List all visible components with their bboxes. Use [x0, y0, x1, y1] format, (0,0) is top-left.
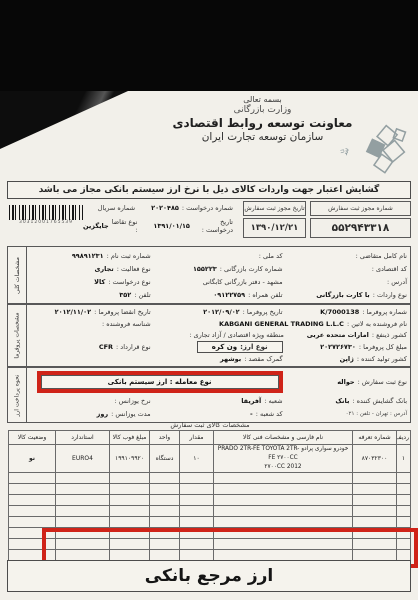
empty-cell — [56, 506, 110, 517]
empty-cell — [56, 517, 110, 528]
address-value: مشهد - دفتر بازرگانی کابگانی — [151, 278, 283, 286]
phone-number: تلفن : ۳۵۲ — [30, 291, 151, 299]
goods-unit: دستگاه — [150, 445, 180, 473]
empty-row — [9, 495, 411, 506]
empty-cell — [110, 473, 150, 484]
permit-date-label: تاریخ مجوز ثبت سفارش — [243, 201, 306, 216]
destination-customs: گمرک مقصد : بوشهر — [151, 355, 283, 363]
empty-cell — [397, 506, 411, 517]
section-proforma: شماره پروفرما : K/7000138 تاریخ پروفرما … — [7, 304, 411, 367]
highlight-box-deal-type: نوع معامله : ارز سیستم بانکی — [37, 371, 283, 393]
scanned-document: بسمه تعالی وزارت بازرگانی معاونت توسعه ر… — [0, 0, 418, 600]
empty-cell — [110, 484, 150, 495]
proforma-row-1: شماره پروفرما : K/7000138 تاریخ پروفرما … — [30, 307, 407, 318]
request-number: شماره درخواست : ۲۰۲۰۴۸۵ — [151, 204, 233, 212]
empty-cell — [110, 506, 150, 517]
col-condition: وضعیت کالا — [9, 431, 56, 445]
empty-row — [9, 550, 411, 561]
reference-currency-banner: ارز مرجع بانکی — [7, 560, 411, 592]
bank-branch: شعبه : آفریقا — [151, 397, 283, 405]
goods-row-number: ۱ — [397, 445, 411, 473]
empty-cell — [56, 539, 110, 550]
currency-type-box: نوع ارز: ون کره — [197, 341, 283, 353]
empty-cell — [214, 473, 353, 484]
empty-cell — [9, 484, 56, 495]
business-card-number: شماره کارت بازرگانی : ۱۵۵۲۲۳ — [151, 265, 283, 273]
payment-row-3: آدرس : تهران - تلفن : ۰۲۱ کد شعبه : - مد… — [30, 408, 407, 419]
proforma-row-4: مبلغ کل پروفرما : ۲۰۲۷۲۶۷۳۰ نوع ارز: ون … — [30, 341, 407, 353]
proforma-content: شماره پروفرما : K/7000138 تاریخ پروفرما … — [27, 305, 410, 366]
empty-cell — [353, 506, 397, 517]
empty-cell — [9, 539, 56, 550]
empty-cell — [214, 539, 353, 550]
empty-cell — [110, 528, 150, 539]
seal-logo-diamonds — [367, 126, 406, 173]
order-permit-date-box: تاریخ مجوز ثبت سفارش ۱۳۹۰/۱۲/۲۱ — [243, 201, 306, 243]
credit-permission-title: گشایش اعتبار جهت واردات کالای ذیل با نرخ… — [7, 181, 411, 199]
economic-code-label: کد اقتصادی : — [283, 265, 407, 273]
empty-cell — [180, 539, 214, 550]
empty-cell — [56, 484, 110, 495]
empty-cell — [110, 550, 150, 561]
col-standard: استاندارد — [56, 431, 110, 445]
empty-cell — [214, 506, 353, 517]
empty-cell — [180, 550, 214, 561]
goods-header-row: ردیف شماره تعرفه نام فارسی و مشخصات فنی … — [9, 431, 411, 445]
barcode-block: 30312001765539 — [9, 204, 83, 243]
empty-cell — [150, 539, 180, 550]
beneficiary-country: کشور ذینفع : امارات متحده عربی — [284, 331, 407, 339]
proforma-row-3: کشور ذینفع : امارات متحده عربی منطقه ویژ… — [30, 330, 407, 341]
proforma-total-amount: مبلغ کل پروفرما : ۲۰۲۷۲۶۷۳۰ — [283, 343, 407, 351]
empty-cell — [150, 473, 180, 484]
activity-type: نوع فعالیت : تجاری — [30, 265, 151, 273]
goods-description: خودرو سواری پرادو PRADO 2TR-FE TOYOTA 2T… — [214, 445, 353, 473]
goods-standard: EURO4 — [56, 445, 110, 473]
serial-number-label: شماره سریال — [98, 204, 135, 212]
general-row-1: نام کامل متقاضی : کد ملی : شماره ثبت نام… — [30, 250, 407, 261]
empty-cell — [9, 473, 56, 484]
seal-english-arc: Trade Promotion Organization of Iran — [331, 96, 347, 154]
producer-country: کشور تولید کننده : ژاپن — [283, 355, 407, 363]
permit-strip: شماره مجوز ثبت سفارش ۵۵۲۹۴۳۳۱۸ تاریخ مجو… — [9, 201, 411, 243]
empty-cell — [353, 517, 397, 528]
empty-cell — [56, 550, 110, 561]
contract-type: نوع قرارداد : CFR — [30, 343, 151, 351]
empty-cell — [397, 484, 411, 495]
empty-cell — [110, 539, 150, 550]
empty-cell — [110, 495, 150, 506]
proforma-date: تاریخ پروفرما : ۲۰۱۲/۰۹/۰۲ — [151, 308, 283, 316]
request-info-block: شماره درخواست : ۲۰۲۰۴۸۵ شماره سریال تاری… — [9, 201, 239, 243]
goods-table-title: مشخصات کالای ثبت سفارش — [9, 421, 411, 429]
request-kind: نوع درخواست : کالا — [30, 278, 151, 286]
request-type: نوع تقاضا : جایگزین — [83, 218, 137, 234]
empty-cell — [353, 550, 397, 561]
empty-cell — [150, 528, 180, 539]
empty-cell — [180, 517, 214, 528]
empty-cell — [397, 517, 411, 528]
address-label: آدرس : — [283, 278, 407, 286]
col-fob-amount: مبلغ فوب کالا — [110, 431, 150, 445]
goods-data-row: ۱ ۸۷۰۳۲۳۰۰ خودرو سواری پرادو PRADO 2TR-F… — [9, 445, 411, 473]
empty-cell — [214, 528, 353, 539]
usance-period: مدت یوزانس : روز — [30, 410, 151, 418]
seller-latin-name: نام فروشنده به لاتین : KABGANI GENERAL T… — [151, 320, 407, 328]
empty-cell — [9, 506, 56, 517]
goods-fob-amount: ۱۹۹۱۰۹۹۲۰ — [110, 445, 150, 473]
payment-section-label: نحوه پرداخت ارز — [8, 368, 27, 422]
proforma-number: شماره پروفرما : K/7000138 — [283, 308, 407, 316]
free-zone-label: منطقه ویژه اقتصادی / آزاد تجاری : — [30, 331, 284, 339]
empty-row — [9, 517, 411, 528]
general-row-2: کد اقتصادی : شماره کارت بازرگانی : ۱۵۵۲۲… — [30, 263, 407, 274]
goods-table: ردیف شماره تعرفه نام فارسی و مشخصات فنی … — [8, 430, 411, 561]
empty-cell — [353, 495, 397, 506]
branch-code: کد شعبه : - — [151, 410, 283, 418]
section-payment: نوع ثبت سفارش : حواله نوع معامله : ارز س… — [7, 367, 411, 423]
empty-cell — [397, 528, 411, 539]
seller-id-label: شناسه فروشنده : — [30, 320, 151, 328]
proforma-section-label: مشخصات پروفرما — [8, 305, 27, 366]
request-line-2: تاریخ درخواست : ۱۳۹۱/۰۱/۱۵ نوع تقاضا : ج… — [83, 218, 233, 234]
empty-cell — [353, 473, 397, 484]
request-date: تاریخ درخواست : ۱۳۹۱/۰۱/۱۵ — [153, 218, 233, 234]
empty-cell — [353, 528, 397, 539]
proforma-expiry-date: تاریخ انقضا پروفرما : ۲۰۱۲/۱۱/۰۲ — [30, 308, 151, 316]
barcode-number: 30312001765539 — [9, 220, 83, 225]
opening-bank: بانک گشایش کننده : بانک — [283, 397, 407, 405]
request-lines: شماره درخواست : ۲۰۲۰۴۸۵ شماره سریال تاری… — [83, 204, 239, 243]
proforma-row-2: نام فروشنده به لاتین : KABGANI GENERAL T… — [30, 318, 407, 329]
seal-persian-arc: سازمان توسعه تجارت ایران — [331, 96, 352, 157]
col-quantity: مقدار — [180, 431, 214, 445]
permit-number-label: شماره مجوز ثبت سفارش — [310, 201, 411, 216]
empty-cell — [397, 539, 411, 550]
goods-tariff-number: ۸۷۰۳۲۳۰۰ — [353, 445, 397, 473]
empty-cell — [353, 539, 397, 550]
general-info-content: نام کامل متقاضی : کد ملی : شماره ثبت نام… — [27, 247, 410, 303]
empty-cell — [180, 506, 214, 517]
empty-cell — [9, 517, 56, 528]
scan-corner-artifact — [0, 91, 128, 149]
col-row-number: ردیف — [397, 431, 411, 445]
general-section-label: مشخصات کلی — [8, 247, 27, 303]
request-line-1: شماره درخواست : ۲۰۲۰۴۸۵ شماره سریال — [83, 204, 233, 212]
col-goods-name: نام فارسی و مشخصات فنی کالا — [214, 431, 353, 445]
deal-type-value: نوع معامله : ارز سیستم بانکی — [41, 375, 279, 389]
empty-row — [9, 484, 411, 495]
empty-cell — [214, 550, 353, 561]
registration-number: شماره ثبت نام : ۹۹۸۹۱۲۳۱ — [30, 252, 151, 260]
empty-cell — [180, 528, 214, 539]
import-type: نوع واردات : با کارت بازرگانی — [283, 291, 407, 299]
empty-cell — [150, 550, 180, 561]
currency-type-box-wrap: نوع ارز: ون کره — [151, 341, 283, 353]
empty-cell — [397, 550, 411, 561]
order-permit-number-box: شماره مجوز ثبت سفارش ۵۵۲۹۴۳۳۱۸ — [310, 201, 411, 243]
general-row-4: نوع واردات : با کارت بازرگانی تلفن همراه… — [30, 289, 407, 300]
barcode — [9, 205, 83, 220]
permit-date-value: ۱۳۹۰/۱۲/۲۱ — [243, 218, 306, 238]
order-registration-type: نوع ثبت سفارش : حواله — [283, 378, 407, 386]
empty-cell — [9, 495, 56, 506]
proforma-row-5: کشور تولید کننده : ژاپن گمرک مقصد : بوشه… — [30, 354, 407, 365]
empty-cell — [214, 495, 353, 506]
goods-condition: نو — [9, 445, 56, 473]
section-general-info: نام کامل متقاضی : کد ملی : شماره ثبت نام… — [7, 246, 411, 304]
redaction-black-bar — [0, 0, 418, 91]
empty-cell — [150, 506, 180, 517]
empty-row — [9, 539, 411, 550]
empty-cell — [9, 550, 56, 561]
col-tariff-number: شماره تعرفه — [353, 431, 397, 445]
document-page: بسمه تعالی وزارت بازرگانی معاونت توسعه ر… — [0, 91, 418, 600]
payment-row-1: نوع ثبت سفارش : حواله نوع معامله : ارز س… — [30, 371, 407, 393]
empty-cell — [56, 495, 110, 506]
empty-cell — [150, 495, 180, 506]
empty-cell — [9, 528, 56, 539]
payment-content: نوع ثبت سفارش : حواله نوع معامله : ارز س… — [27, 368, 410, 422]
col-unit: واحد — [150, 431, 180, 445]
empty-cell — [110, 517, 150, 528]
applicant-name-label: نام کامل متقاضی : — [283, 252, 407, 260]
empty-row — [9, 528, 411, 539]
general-row-3: آدرس : مشهد - دفتر بازرگانی کابگانی نوع … — [30, 276, 407, 287]
bank-address: آدرس : تهران - تلفن : ۰۲۱ — [283, 411, 407, 417]
permit-number-value: ۵۵۲۹۴۳۳۱۸ — [310, 218, 411, 238]
empty-cell — [353, 484, 397, 495]
usance-rate-label: نرخ یوزانس : — [30, 397, 151, 405]
empty-cell — [56, 473, 110, 484]
empty-cell — [397, 473, 411, 484]
empty-row — [9, 506, 411, 517]
empty-cell — [150, 484, 180, 495]
goods-quantity: ۱۰ — [180, 445, 214, 473]
mobile-number: تلفن همراه : ۰۹۱۲۲۷۵۹ — [151, 291, 283, 299]
payment-row-2: بانک گشایش کننده : بانک شعبه : آفریقا نر… — [30, 395, 407, 406]
empty-cell — [397, 495, 411, 506]
empty-cell — [180, 484, 214, 495]
national-code-label: کد ملی : — [151, 252, 283, 260]
empty-cell — [214, 517, 353, 528]
empty-cell — [150, 517, 180, 528]
empty-row — [9, 473, 411, 484]
empty-cell — [180, 495, 214, 506]
empty-cell — [56, 528, 110, 539]
empty-cell — [214, 484, 353, 495]
empty-cell — [180, 473, 214, 484]
